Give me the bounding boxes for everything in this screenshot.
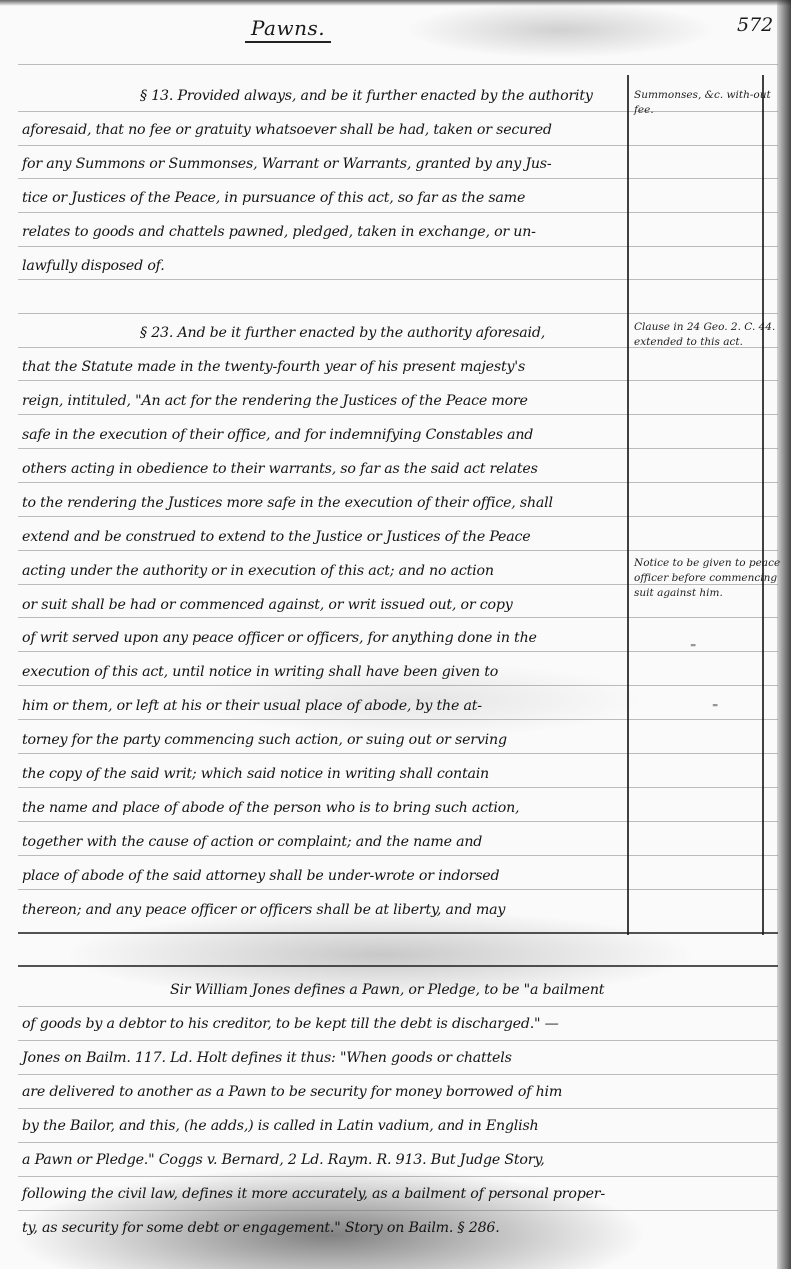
ruled-line: [18, 178, 778, 179]
ruled-line: [18, 414, 778, 415]
scan-edge-right: [777, 0, 791, 1269]
ruled-line: [18, 313, 778, 314]
margin-note: Summonses, &c. with-out fee.: [634, 88, 784, 118]
page-title: Pawns.: [245, 16, 331, 43]
ruled-line: [18, 1210, 778, 1211]
ruled-line: [18, 380, 778, 381]
ruled-line: [18, 1006, 778, 1007]
ruled-line: [18, 64, 778, 65]
ruled-line: [18, 1142, 778, 1143]
text-line: aforesaid, that no fee or gratuity whats…: [22, 122, 622, 138]
pen-mark: ⁼: [690, 640, 696, 654]
ruled-line: [18, 1108, 778, 1109]
text-line: place of abode of the said attorney shal…: [22, 868, 622, 884]
section-divider: [18, 965, 778, 967]
ruled-line: [18, 719, 778, 720]
ruled-line: [18, 212, 778, 213]
ruled-line: [18, 651, 778, 652]
text-line: execution of this act, until notice in w…: [22, 664, 622, 680]
ruled-line: [18, 753, 778, 754]
text-line: by the Bailor, and this, (he adds,) is c…: [22, 1118, 772, 1134]
margin-note: Notice to be given to peace officer befo…: [634, 556, 784, 601]
text-line: reign, intituled, "An act for the render…: [22, 393, 622, 409]
ruled-line: [18, 821, 778, 822]
text-line: together with the cause of action or com…: [22, 834, 622, 850]
text-line: safe in the execution of their office, a…: [22, 427, 622, 443]
ruled-line: [18, 1176, 778, 1177]
text-line: ty, as security for some debt or engagem…: [22, 1220, 772, 1236]
section-divider: [18, 932, 778, 934]
text-line: Sir William Jones defines a Pawn, or Ple…: [22, 982, 791, 998]
text-line: are delivered to another as a Pawn to be…: [22, 1084, 772, 1100]
text-line: that the Statute made in the twenty-four…: [22, 359, 622, 375]
ruled-line: [18, 482, 778, 483]
text-line: lawfully disposed of.: [22, 258, 622, 274]
text-line: or suit shall be had or commenced agains…: [22, 597, 622, 613]
text-line: relates to goods and chattels pawned, pl…: [22, 224, 622, 240]
text-line: tice or Justices of the Peace, in pursua…: [22, 190, 622, 206]
ruled-line: [18, 685, 778, 686]
ruled-line: [18, 279, 778, 280]
ruled-line: [18, 617, 778, 618]
ruled-line: [18, 516, 778, 517]
text-line: Jones on Bailm. 117. Ld. Holt defines it…: [22, 1050, 772, 1066]
scan-edge-top: [0, 0, 791, 6]
margin-rule-right: [762, 75, 764, 935]
document-page: Pawns. 572 § 13. Provided always, and be…: [0, 0, 791, 1269]
ruled-line: [18, 787, 778, 788]
text-line: § 13. Provided always, and be it further…: [22, 88, 740, 104]
text-line: others acting in obedience to their warr…: [22, 461, 622, 477]
ruled-line: [18, 855, 778, 856]
text-line: extend and be construed to extend to the…: [22, 529, 622, 545]
text-line: to the rendering the Justices more safe …: [22, 495, 622, 511]
page-number: 572: [737, 14, 773, 36]
ruled-line: [18, 550, 778, 551]
text-line: § 23. And be it further enacted by the a…: [22, 325, 740, 341]
pen-mark: ⁼: [712, 700, 718, 714]
text-line: acting under the authority or in executi…: [22, 563, 622, 579]
margin-rule-left: [627, 75, 629, 935]
text-line: him or them, or left at his or their usu…: [22, 698, 622, 714]
text-line: the copy of the said writ; which said no…: [22, 766, 622, 782]
text-line: thereon; and any peace officer or office…: [22, 902, 622, 918]
margin-note: Clause in 24 Geo. 2. C. 44. extended to …: [634, 320, 784, 350]
text-line: following the civil law, defines it more…: [22, 1186, 772, 1202]
ruled-line: [18, 889, 778, 890]
text-line: the name and place of abode of the perso…: [22, 800, 622, 816]
ruled-line: [18, 1074, 778, 1075]
ruled-line: [18, 246, 778, 247]
text-line: torney for the party commencing such act…: [22, 732, 622, 748]
text-line: of writ served upon any peace officer or…: [22, 630, 622, 646]
ruled-line: [18, 448, 778, 449]
text-line: for any Summons or Summonses, Warrant or…: [22, 156, 622, 172]
text-line: a Pawn or Pledge." Coggs v. Bernard, 2 L…: [22, 1152, 772, 1168]
ruled-line: [18, 145, 778, 146]
ruled-line: [18, 1040, 778, 1041]
text-line: of goods by a debtor to his creditor, to…: [22, 1016, 772, 1032]
